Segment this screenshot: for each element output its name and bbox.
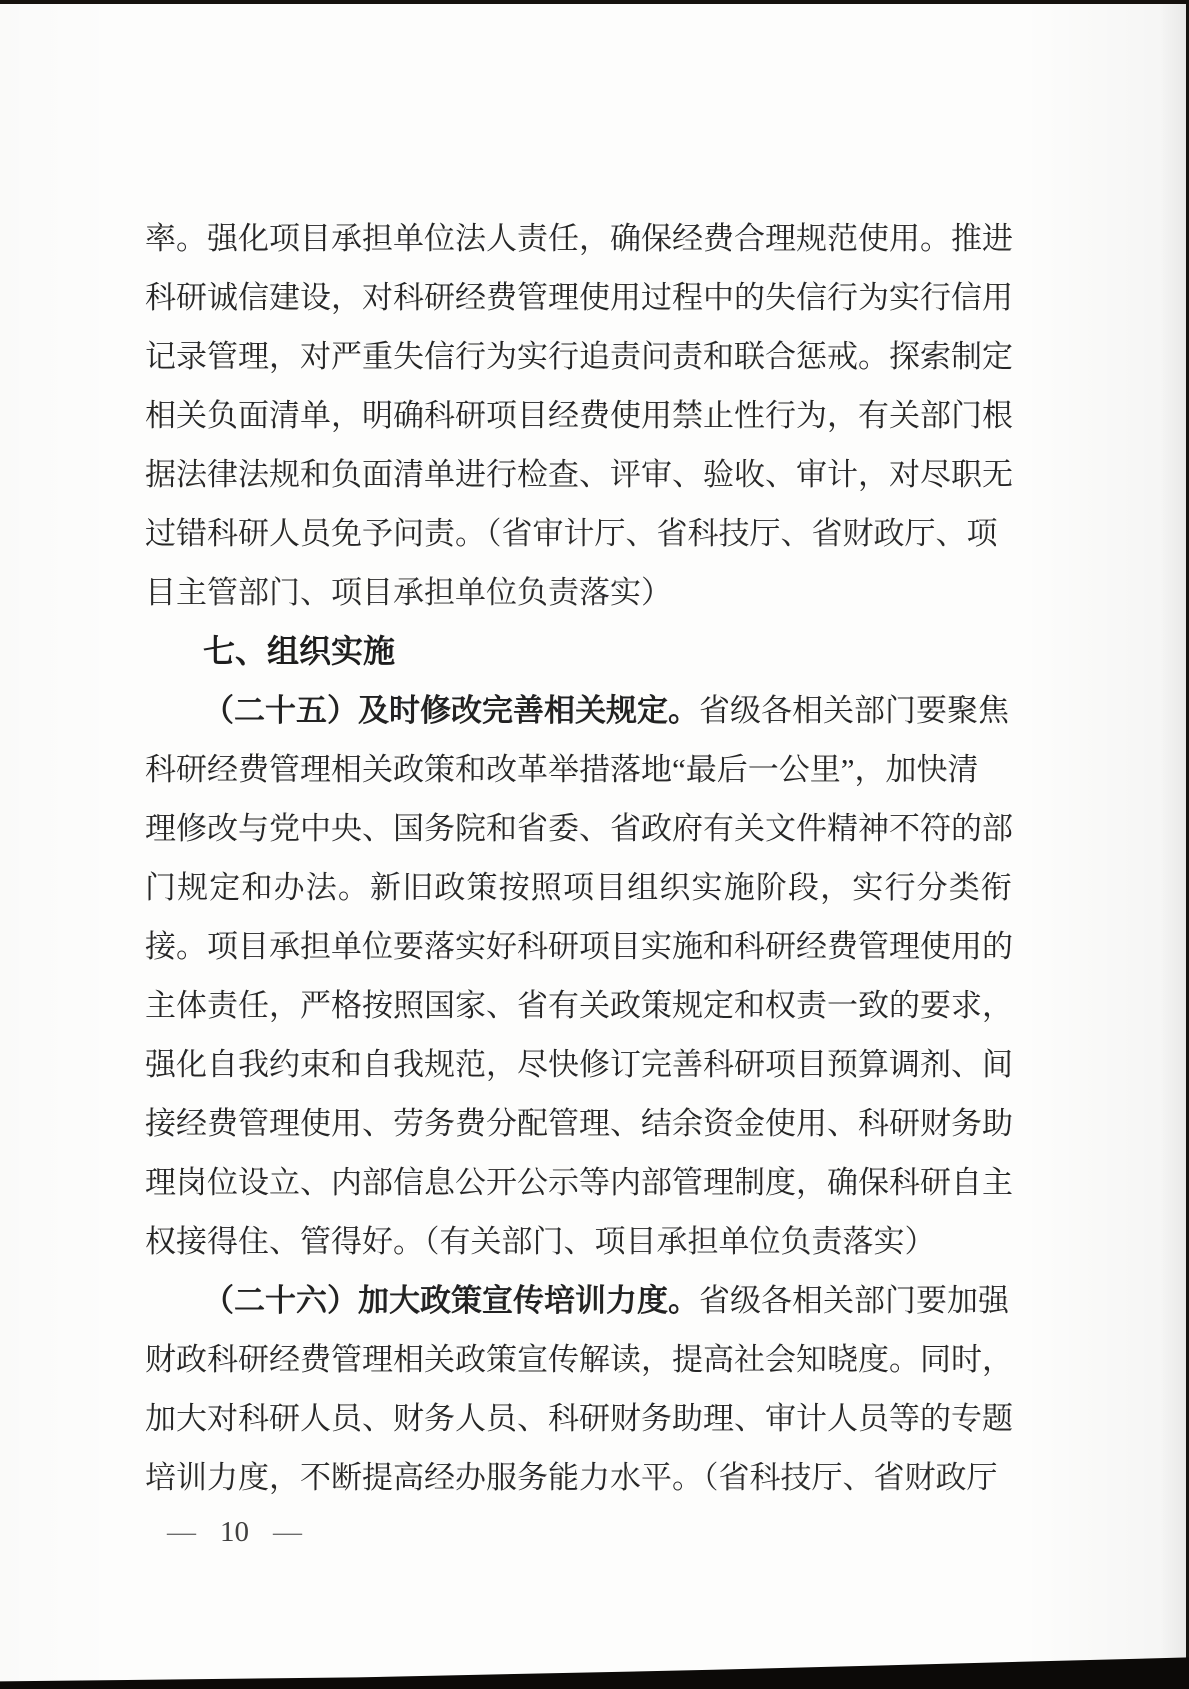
scan-edge-top (0, 0, 1189, 4)
text-line: 门规定和办法。新旧政策按照项目组织实施阶段，实行分类衔 (145, 858, 1015, 917)
text-line: 接。项目承担单位要落实好科研项目实施和科研经费管理使用的 (145, 917, 1015, 976)
body-text: 强化自我约束和自我规范，尽快修订完善科研项目预算调剂、间 (145, 1047, 1013, 1082)
body-text: 接。项目承担单位要落实好科研项目实施和科研经费管理使用的 (145, 929, 1013, 964)
heading-text: 七、组织实施 (203, 633, 395, 669)
item-title-text: （二十五）及时修改完善相关规定。 (203, 693, 699, 728)
footer-dash-right: — (273, 1516, 302, 1549)
text-line: 相关负面清单，明确科研项目经费使用禁止性行为，有关部门根 (145, 386, 1015, 445)
document-page: 率。强化项目承担单位法人责任，确保经费合理规范使用。推进科研诚信建设，对科研经费… (0, 0, 1189, 1689)
body-text: 科研诚信建设，对科研经费管理使用过程中的失信行为实行信用 (145, 280, 1013, 315)
body-text: 权接得住、管得好。 (145, 1224, 424, 1259)
item-title-text: （二十六）加大政策宣传培训力度。 (203, 1283, 699, 1318)
text-line: 加大对科研人员、财务人员、科研财务助理、审计人员等的专题 (145, 1389, 1015, 1448)
text-line: 据法律法规和负面清单进行检查、评审、验收、审计，对尽职无 (145, 445, 1015, 504)
body-text: 主体责任，严格按照国家、省有关政策规定和权责一致的要求， (145, 988, 1013, 1023)
body-text: 省级各相关部门要加强 (699, 1283, 1009, 1318)
body-text: 理修改与党中央、国务院和省委、省政府有关文件精神不符的部 (145, 811, 1013, 846)
body-text: 记录管理，对严重失信行为实行追责问责和联合惩戒。探索制定 (145, 339, 1013, 374)
text-line: （二十六）加大政策宣传培训力度。省级各相关部门要加强 (145, 1271, 1015, 1330)
text-line: 接经费管理使用、劳务费分配管理、结余资金使用、科研财务助 (145, 1094, 1015, 1153)
text-line: 目主管部门、项目承担单位负责落实） (145, 563, 1015, 622)
scan-edge-bottom (0, 1649, 1189, 1689)
body-text: 科研经费管理相关政策和改革举措落地“最后一公里”，加快清 (145, 752, 979, 787)
text-line: 强化自我约束和自我规范，尽快修订完善科研项目预算调剂、间 (145, 1035, 1015, 1094)
page-footer: — 10 — (167, 1516, 302, 1549)
body-text: 接经费管理使用、劳务费分配管理、结余资金使用、科研财务助 (145, 1106, 1013, 1141)
text-line: 科研诚信建设，对科研经费管理使用过程中的失信行为实行信用 (145, 268, 1015, 327)
text-line: 记录管理，对严重失信行为实行追责问责和联合惩戒。探索制定 (145, 327, 1015, 386)
body-text: 门规定和办法。新旧政策按照项目组织实施阶段，实行分类衔 (145, 870, 1013, 905)
body-text: 财政科研经费管理相关政策宣传解读，提高社会知晓度。同时， (145, 1342, 1013, 1377)
footer-page-number: 10 (220, 1516, 249, 1549)
body-text: 率。强化项目承担单位法人责任，确保经费合理规范使用。推进 (145, 221, 1013, 256)
body-text: 加大对科研人员、财务人员、科研财务助理、审计人员等的专题 (145, 1401, 1013, 1436)
text-line: （二十五）及时修改完善相关规定。省级各相关部门要聚焦 (145, 681, 1015, 740)
body-text: 省级各相关部门要聚焦 (699, 693, 1009, 728)
body-text: 过错科研人员免予问责。 (145, 516, 486, 551)
body-text: 据法律法规和负面清单进行检查、评审、验收、审计，对尽职无 (145, 457, 1013, 492)
footer-dash-left: — (167, 1516, 196, 1549)
text-line: 率。强化项目承担单位法人责任，确保经费合理规范使用。推进 (145, 209, 1015, 268)
body-text: 相关负面清单，明确科研项目经费使用禁止性行为，有关部门根 (145, 398, 1013, 433)
body-text: 理岗位设立、内部信息公开公示等内部管理制度，确保科研自主 (145, 1165, 1013, 1200)
text-line: 理岗位设立、内部信息公开公示等内部管理制度，确保科研自主 (145, 1153, 1015, 1212)
attribution-text: （省审计厅、省科技厅、省财政厅、项 (486, 516, 998, 551)
text-line: 培训力度，不断提高经办服务能力水平。（省科技厅、省财政厅 (145, 1448, 1015, 1507)
text-line: 主体责任，严格按照国家、省有关政策规定和权责一致的要求， (145, 976, 1015, 1035)
body-text: 培训力度，不断提高经办服务能力水平。 (145, 1460, 703, 1495)
text-block: 率。强化项目承担单位法人责任，确保经费合理规范使用。推进科研诚信建设，对科研经费… (145, 209, 1015, 1507)
attribution-text: 目主管部门、项目承担单位负责落实） (145, 575, 672, 610)
text-line: 理修改与党中央、国务院和省委、省政府有关文件精神不符的部 (145, 799, 1015, 858)
text-line: 过错科研人员免予问责。（省审计厅、省科技厅、省财政厅、项 (145, 504, 1015, 563)
text-line: 权接得住、管得好。（有关部门、项目承担单位负责落实） (145, 1212, 1015, 1271)
scan-shade-right (1160, 0, 1186, 1689)
text-line: 科研经费管理相关政策和改革举措落地“最后一公里”，加快清 (145, 740, 1015, 799)
attribution-text: （有关部门、项目承担单位负责落实） (424, 1224, 936, 1259)
section-heading-line: 七、组织实施 (145, 622, 1015, 681)
text-line: 财政科研经费管理相关政策宣传解读，提高社会知晓度。同时， (145, 1330, 1015, 1389)
attribution-text: （省科技厅、省财政厅 (703, 1460, 998, 1495)
